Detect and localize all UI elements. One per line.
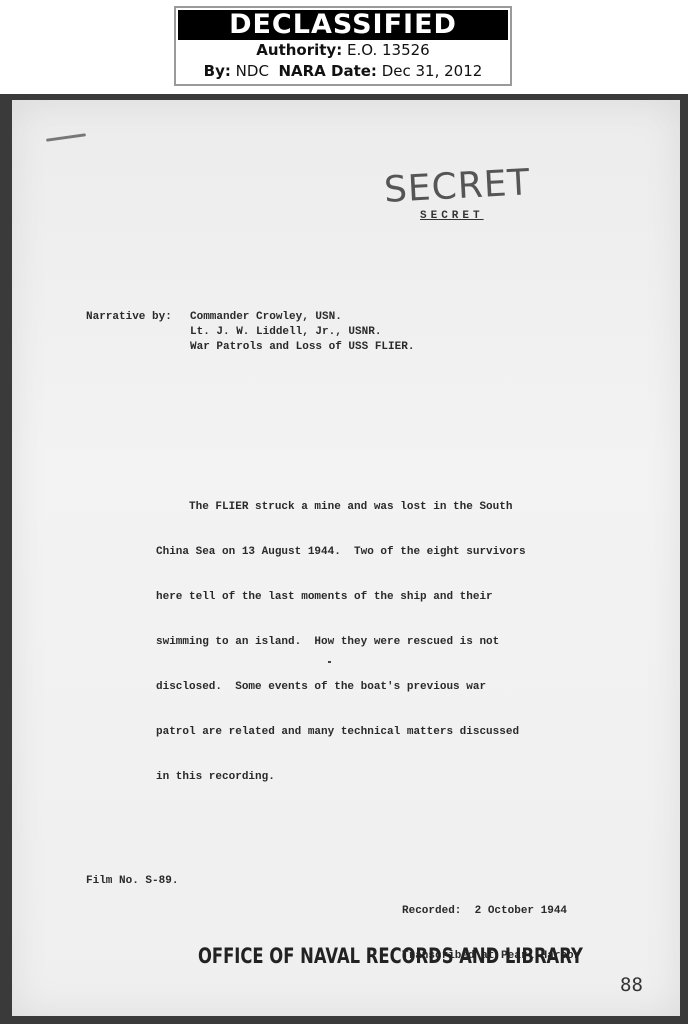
- summary-line: The FLIER struck a mine and was lost in …: [156, 500, 556, 515]
- recording-info: Recorded: 2 October 1944 Transcribed at …: [402, 874, 580, 994]
- nara-date-label: NARA Date:: [278, 62, 376, 80]
- summary-line: patrol are related and many technical ma…: [156, 725, 556, 740]
- authority-value: E.O. 13526: [347, 41, 430, 59]
- authority-label: Authority:: [256, 41, 342, 59]
- summary-line: disclosed. Some events of the boat's pre…: [156, 680, 556, 695]
- by-label: By:: [204, 62, 231, 80]
- authority-line: Authority: E.O. 13526: [176, 40, 510, 61]
- summary-line: here tell of the last moments of the shi…: [156, 590, 556, 605]
- office-stamp: OFFICE OF NAVAL RECORDS AND LIBRARY: [198, 944, 583, 968]
- narrative-title: War Patrols and Loss of USS FLIER.: [190, 340, 414, 355]
- summary-line: swimming to an island. How they were res…: [156, 635, 556, 650]
- narrative-label: Narrative by:: [86, 310, 172, 325]
- recorded-date: Recorded: 2 October 1944: [402, 904, 580, 919]
- summary-paragraph: The FLIER struck a mine and was lost in …: [156, 470, 556, 815]
- document-page: SECRET SECRET Narrative by: Commander Cr…: [12, 100, 680, 1016]
- film-number: Film No. S-89.: [86, 874, 178, 889]
- by-line: By: NDC NARA Date: Dec 31, 2012: [176, 61, 510, 82]
- page-number: 88: [620, 974, 643, 996]
- summary-line: in this recording.: [156, 770, 556, 785]
- declassified-banner: DECLASSIFIED: [178, 10, 508, 40]
- scanned-page-background: SECRET SECRET Narrative by: Commander Cr…: [0, 94, 688, 1024]
- narrator-2: Lt. J. W. Liddell, Jr., USNR.: [190, 325, 414, 340]
- by-value: NDC: [236, 62, 269, 80]
- declassified-stamp: DECLASSIFIED Authority: E.O. 13526 By: N…: [174, 6, 512, 86]
- summary-line: China Sea on 13 August 1944. Two of the …: [156, 545, 556, 560]
- nara-date-value: Dec 31, 2012: [382, 62, 483, 80]
- secret-typed: SECRET: [420, 210, 484, 222]
- ink-speck: [328, 661, 331, 663]
- staple-mark: [46, 133, 86, 142]
- narrative-values: Commander Crowley, USN. Lt. J. W. Liddel…: [190, 310, 414, 355]
- narrator-1: Commander Crowley, USN.: [190, 310, 414, 325]
- secret-stamp: SECRET: [383, 162, 531, 211]
